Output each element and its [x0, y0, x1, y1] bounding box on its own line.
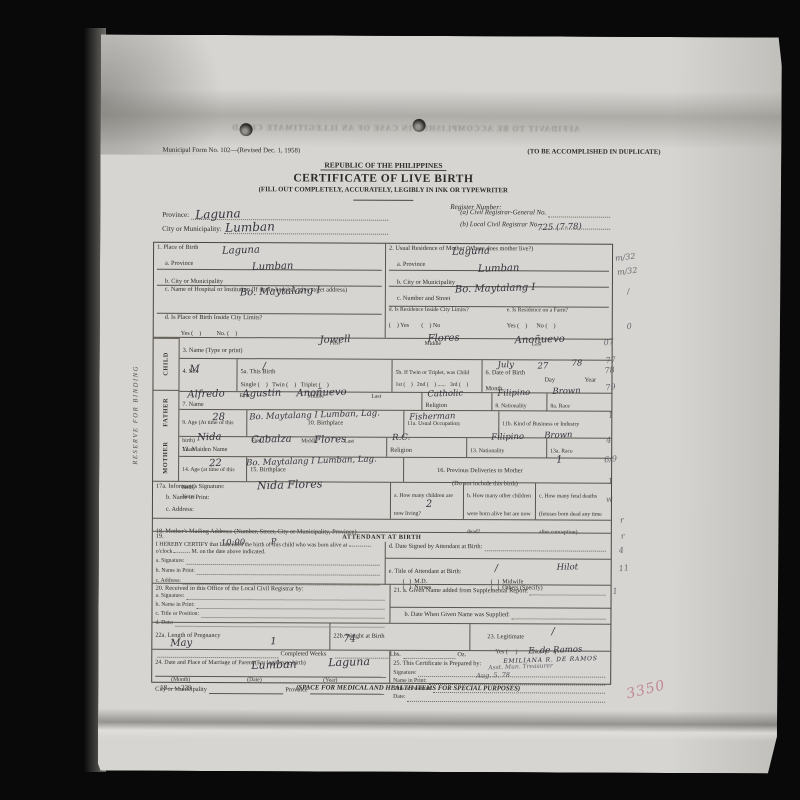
handwritten-birth-year: 78 [571, 359, 582, 368]
handwritten-preparer-signature: E. de Ramos [528, 646, 582, 656]
handwritten-marriage-month: May [170, 639, 192, 650]
municipality-line: City or Municipality: [162, 225, 390, 235]
handwritten-father-last: Anoñuevo [296, 388, 346, 400]
certificate-title: CERTIFICATE OF LIVE BIRTH [183, 172, 583, 186]
pencil-margin-note: 07 [603, 337, 614, 347]
pencil-margin-note: 1 [612, 586, 618, 596]
divider-rule [353, 200, 413, 201]
handwritten-sex: M [189, 365, 200, 375]
field-given-name-supplemental: 21. a. Given Name added from Supplementa… [389, 585, 610, 624]
field-fetal-deaths: c. How many fetal deaths (fetuses born d… [535, 483, 611, 519]
handwritten-ampm: P [271, 538, 277, 547]
field-children-dead: b. How many other children were born ali… [463, 483, 535, 519]
row-place-residence: 1. Place of Birth a. Province b. City or… [154, 243, 612, 339]
pencil-margin-note: w [605, 494, 613, 504]
handwritten-marriage-city: Lumban [251, 659, 297, 671]
handwritten-mother-religion: R.C. [392, 434, 410, 443]
handwritten-father-race: Brown [552, 387, 580, 396]
handwritten-birth-day: 27 [537, 362, 548, 371]
side-label-mother: MOTHER [153, 434, 178, 481]
handwritten-municipality: Lumban [225, 220, 275, 234]
handwritten-father-middle: Agustin [242, 389, 281, 400]
footer-note: (SPACE FOR MEDICAL AND HEALTH ITEMS FOR … [238, 684, 578, 692]
handwritten-mother-race: Brown [544, 431, 572, 440]
handwritten-residence-province: Laguna [452, 247, 490, 258]
pencil-margin-note: r [620, 532, 625, 541]
handwritten-previous-deliveries: 1 [556, 455, 563, 465]
handwritten-attendant-title: Hilot [557, 563, 579, 572]
handwritten-residence-city: Lumban [478, 264, 520, 275]
punch-hole [413, 119, 426, 132]
field-sex: 4. Sex [179, 359, 236, 391]
pencil-margin-note: / [626, 287, 630, 296]
handwritten-children-living: 2 [426, 500, 433, 510]
punch-hole [240, 123, 253, 136]
stamp-number: 3350 [625, 677, 667, 702]
reserve-for-binding-label: RESERVE FOR BINDING [132, 327, 140, 503]
side-label-father: FATHER [153, 390, 178, 434]
footer-code: 18——239 [160, 684, 192, 693]
handwritten-others-check: / [495, 564, 499, 574]
handwritten-mother-last: Flores [314, 435, 346, 446]
pencil-margin-note: 77 [605, 355, 616, 365]
pencil-margin-note: 0 [626, 322, 632, 332]
handwritten-preparer-date: Aug. 5, 78 [476, 672, 510, 680]
handwritten-single-check: / [262, 362, 266, 372]
pencil-margin-note: 6/9 [604, 454, 618, 464]
pencil-margin-note: 4 [606, 435, 612, 445]
handwritten-birth-month: July [497, 361, 514, 370]
pencil-margin-note: 1 [608, 410, 614, 420]
handwritten-father-age: 28 [212, 413, 225, 423]
handwritten-father-religion: Catholic [427, 389, 463, 399]
handwritten-child-first: Jowell [320, 335, 351, 346]
handwritten-mother-nationality: Filipino [491, 433, 524, 442]
right-shade [669, 37, 782, 773]
handwritten-father-nationality: Filipino [497, 389, 530, 398]
pencil-margin-note: 79 [605, 382, 616, 392]
row-mother-age-birthplace: 14. Age (at time of this birth) Years 15… [179, 456, 611, 483]
handwritten-legitimate-check: / [551, 627, 555, 637]
pencil-margin-note: 78 [604, 365, 615, 375]
field-twin-triplet: 5b. If Twin or Triplet, was Child 1st ( … [391, 360, 481, 392]
field-previous-deliveries: 16. Previous Deliveries to Mother (Do no… [403, 458, 611, 483]
handwritten-mother-first: Nida [197, 433, 222, 444]
pencil-margin-note: m/32 [617, 266, 638, 277]
handwritten-mother-age: 22 [209, 459, 222, 469]
handwritten-marriage-year: 74 [343, 634, 356, 644]
handwritten-birth-province: Laguna [222, 246, 260, 257]
pencil-margin-note: r [619, 516, 624, 525]
paper-crease [98, 709, 779, 742]
handwritten-registrar-no: 725 (7-78) [537, 223, 582, 233]
pencil-margin-note: 1 [608, 476, 614, 486]
civil-registrar-general-line: (a) Civil Registrar-General No. [460, 209, 612, 218]
handwritten-father-first: Alfredo [187, 389, 225, 400]
handwritten-province: Laguna [195, 207, 241, 220]
republic-heading: REPUBLIC OF THE PHILIPPINES [183, 160, 583, 171]
certificate-subtitle: (FILL OUT COMPLETELY, ACCURATELY, LEGIBL… [183, 186, 583, 195]
handwritten-birth-time: 10:00 [221, 539, 246, 548]
pencil-margin-note: 11 [618, 563, 629, 573]
duplicate-note: (TO BE ACCOMPLISHED IN DUPLICATE) [430, 148, 660, 157]
handwritten-father-occupation: Fisherman [409, 412, 455, 422]
pencil-margin-note: m/32 [615, 252, 636, 263]
certificate-sheet: AFFIDAVIT TO BE ACCOMPLISHED IN CASE OF … [98, 35, 782, 774]
handwritten-marriage-province: Laguna [328, 656, 370, 668]
form-number: Municipal Form No. 102—(Revised Dec. 1, … [162, 147, 300, 156]
handwritten-informant-name: Nida Flores [257, 478, 323, 491]
row-registrar-supplemental: 20. Received in this Office of the Local… [152, 583, 610, 624]
field-attendant-certify: I HEREBY CERTIFY that I attended the bir… [153, 541, 385, 585]
handwritten-birth-city: Lumban [252, 262, 294, 273]
handwritten-child-last: Anoñuevo [515, 335, 565, 347]
row-informant: 17a. Informant's Signature: b. Name in P… [153, 481, 611, 520]
side-label-child: CHILD [153, 338, 178, 390]
handwritten-mother-middle: Cabalza [251, 435, 292, 446]
pencil-margin-note: 4 [618, 546, 624, 556]
handwritten-child-middle: Flores [428, 334, 460, 345]
handwritten-marriage-date: 1 [270, 637, 277, 647]
field-received-by: 20. Received in this Office of the Local… [152, 584, 389, 623]
